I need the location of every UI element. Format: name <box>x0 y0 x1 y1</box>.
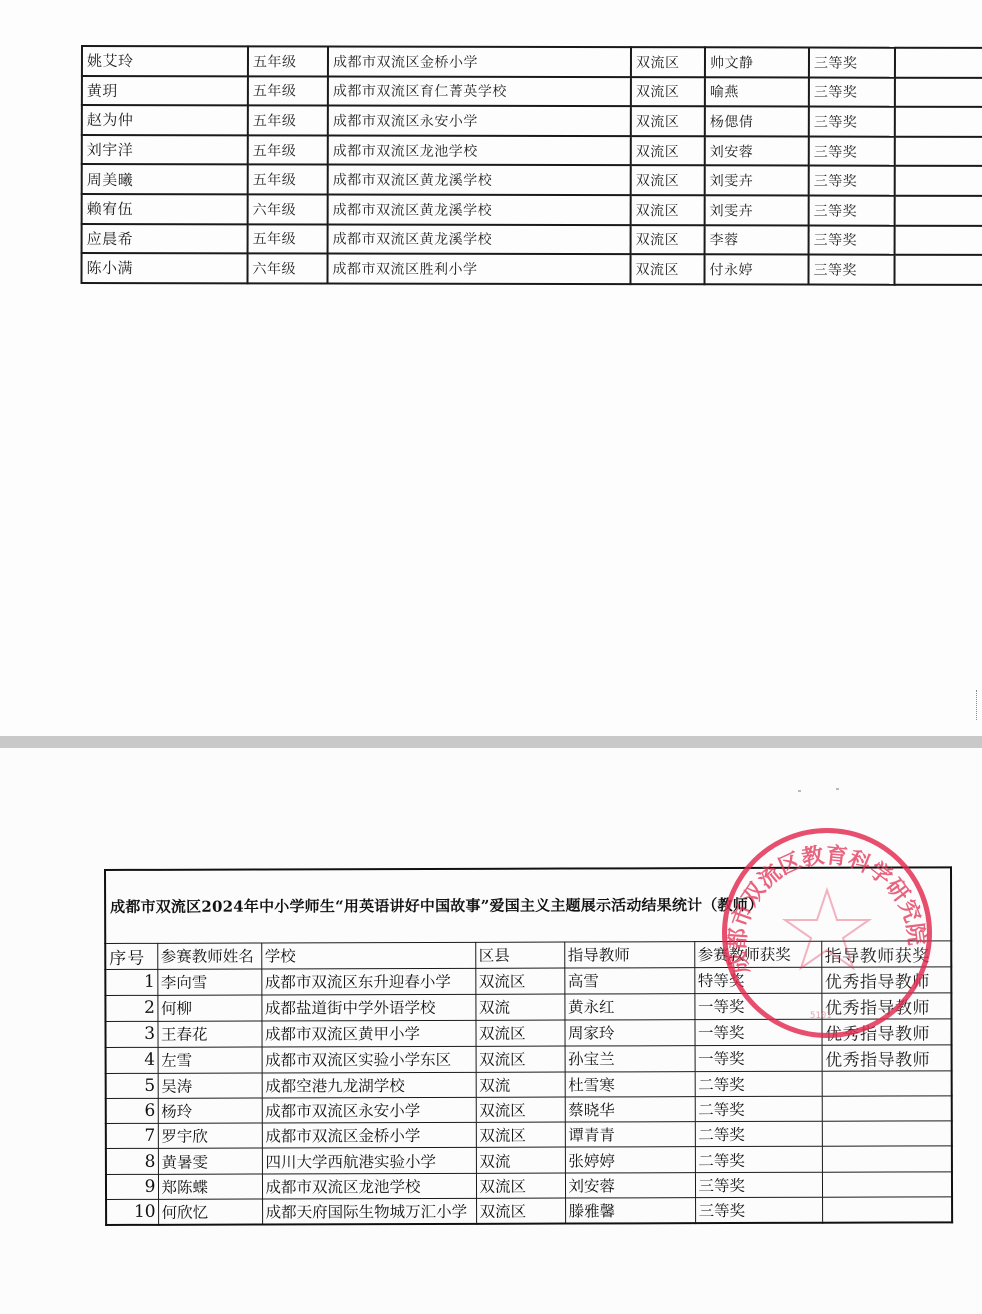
cell-district: 双流区 <box>631 254 705 284</box>
cell-school: 成都市双流区龙池学校 <box>328 135 631 165</box>
cell-district: 双流区 <box>475 968 564 994</box>
cell-guide-award <box>822 1172 952 1198</box>
cell-school: 成都市双流区金桥小学 <box>262 1122 476 1148</box>
cell-name: 姚艾玲 <box>82 46 248 76</box>
cell-teacher-award: 二等奖 <box>695 1096 822 1122</box>
cell-grade: 五年级 <box>248 76 328 106</box>
cell-extra <box>895 166 982 196</box>
cell-grade: 五年级 <box>248 135 328 165</box>
cell-teacher: 刘雯卉 <box>705 195 809 225</box>
cell-teacher-name: 王春花 <box>157 1021 261 1047</box>
scan-artifact <box>836 788 839 790</box>
cell-school: 成都市双流区胜利小学 <box>328 254 631 284</box>
cell-award: 三等奖 <box>809 166 895 196</box>
cell-guide-award <box>822 1197 952 1223</box>
cell-award: 三等奖 <box>809 255 895 285</box>
cell-district: 双流区 <box>475 1020 564 1046</box>
cell-school: 成都市双流区永安小学 <box>328 106 631 136</box>
cell-district: 双流区 <box>476 1046 565 1072</box>
cell-seq: 4 <box>106 1047 158 1073</box>
cell-extra <box>895 77 982 107</box>
cell-guide-teacher: 孙宝兰 <box>565 1045 695 1071</box>
cell-school: 四川大学西航港实验小学 <box>262 1148 476 1174</box>
cell-school: 成都天府国际生物城万汇小学 <box>262 1198 476 1224</box>
table-row: 刘宇洋五年级成都市双流区龙池学校双流区刘安蓉三等奖 <box>82 135 982 166</box>
table-title: 成都市双流区2024年中小学师生“用英语讲好中国故事”爱国主义主题展示活动结果统… <box>105 867 951 943</box>
student-results-table: 姚艾玲五年级成都市双流区金桥小学双流区帅文静三等奖黄玥五年级成都市双流区育仁菁英… <box>80 45 982 286</box>
teacher-results-table: 成都市双流区2024年中小学师生“用英语讲好中国故事”爱国主义主题展示活动结果统… <box>104 866 953 1225</box>
table-row: 1李向雪成都市双流区东升迎春小学双流区高雪特等奖优秀指导教师 <box>105 966 951 995</box>
cell-teacher: 李蓉 <box>705 225 809 255</box>
cell-extra <box>895 107 982 137</box>
cell-teacher-name: 杨玲 <box>158 1098 262 1124</box>
cell-school: 成都市双流区黄龙溪学校 <box>328 224 631 254</box>
cell-district: 双流 <box>476 1072 565 1098</box>
cell-guide-teacher: 杜雪寒 <box>565 1071 695 1097</box>
cell-award: 三等奖 <box>809 225 895 255</box>
cell-school: 成都市双流区永安小学 <box>262 1097 476 1123</box>
document-page-1: 姚艾玲五年级成都市双流区金桥小学双流区帅文静三等奖黄玥五年级成都市双流区育仁菁英… <box>0 0 982 736</box>
table-row: 6杨玲成都市双流区永安小学双流区蔡晓华二等奖 <box>106 1096 952 1124</box>
cell-district: 双流区 <box>631 195 705 225</box>
cell-seq: 2 <box>105 995 157 1021</box>
cell-guide-award <box>822 1096 952 1122</box>
table-row: 姚艾玲五年级成都市双流区金桥小学双流区帅文静三等奖 <box>82 46 982 77</box>
cell-guide-teacher: 滕雅馨 <box>565 1198 695 1224</box>
cell-teacher-name: 罗宇欣 <box>158 1123 262 1149</box>
cell-district: 双流区 <box>631 136 705 166</box>
header-school: 学校 <box>261 942 475 969</box>
cell-district: 双流区 <box>631 106 705 136</box>
cell-teacher-award: 特等奖 <box>694 967 821 993</box>
table-row: 10何欣忆成都天府国际生物城万汇小学双流区滕雅馨三等奖 <box>106 1197 952 1225</box>
table-row: 8黄暑雯四川大学西航港实验小学双流张婷婷二等奖 <box>106 1146 952 1174</box>
cell-grade: 五年级 <box>248 165 328 195</box>
cell-teacher: 杨偲倩 <box>705 106 809 136</box>
cell-teacher: 刘雯卉 <box>705 166 809 196</box>
cell-guide-teacher: 谭青青 <box>565 1122 695 1148</box>
cell-grade: 五年级 <box>248 224 328 254</box>
cell-school: 成都市双流区黄龙溪学校 <box>328 194 631 224</box>
cell-seq: 8 <box>106 1149 158 1174</box>
cell-name: 应晨希 <box>82 224 248 254</box>
cell-teacher-name: 黄暑雯 <box>158 1148 262 1174</box>
cell-teacher-name: 李向雪 <box>157 969 261 995</box>
cell-teacher: 喻燕 <box>705 77 809 107</box>
cell-seq: 6 <box>106 1098 158 1123</box>
cell-district: 双流区 <box>631 77 705 107</box>
cell-award: 三等奖 <box>809 48 895 78</box>
cell-district: 双流区 <box>476 1198 565 1224</box>
cell-district: 双流区 <box>631 225 705 255</box>
header-teacher-award: 参赛教师获奖 <box>694 941 821 967</box>
table-header-row: 序号 参赛教师姓名 学校 区县 指导教师 参赛教师获奖 指导教师获奖 <box>105 940 951 969</box>
cell-guide-award: 优秀指导教师 <box>821 992 951 1018</box>
cell-name: 黄玥 <box>82 76 248 106</box>
cell-district: 双流区 <box>476 1097 565 1123</box>
table-row: 7罗宇欣成都市双流区金桥小学双流区谭青青二等奖 <box>106 1121 952 1149</box>
scan-artifact <box>798 790 801 792</box>
cell-award: 三等奖 <box>809 77 895 107</box>
header-guide-award: 指导教师获奖 <box>821 940 951 966</box>
table-row: 赵为仲五年级成都市双流区永安小学双流区杨偲倩三等奖 <box>82 105 982 136</box>
table-row: 3王春花成都市双流区黄甲小学双流区周家玲一等奖优秀指导教师 <box>105 1018 951 1047</box>
cell-school: 成都市双流区金桥小学 <box>328 47 631 77</box>
cell-district: 双流 <box>475 994 564 1020</box>
cell-guide-award: 优秀指导教师 <box>822 1044 952 1070</box>
cell-school: 成都市双流区黄甲小学 <box>261 1020 475 1047</box>
table-row: 应晨希五年级成都市双流区黄龙溪学校双流区李蓉三等奖 <box>82 224 982 255</box>
cell-seq: 3 <box>105 1021 157 1047</box>
cell-name: 赖宥伍 <box>82 194 248 224</box>
cell-guide-award: 优秀指导教师 <box>821 1018 951 1044</box>
table-row: 9郑陈蝶成都市双流区龙池学校双流区刘安蓉三等奖 <box>106 1172 952 1200</box>
cell-district: 双流 <box>476 1147 565 1173</box>
cell-guide-teacher: 黄永红 <box>564 993 694 1019</box>
header-teacher-name: 参赛教师姓名 <box>157 943 261 969</box>
cell-guide-award <box>822 1146 952 1172</box>
table-row: 赖宥伍六年级成都市双流区黄龙溪学校双流区刘雯卉三等奖 <box>82 194 982 225</box>
cell-school: 成都市双流区龙池学校 <box>262 1173 476 1199</box>
cell-school: 成都市双流区实验小学东区 <box>262 1046 476 1073</box>
cell-teacher: 刘安蓉 <box>705 136 809 166</box>
cell-school: 成都盐道街中学外语学校 <box>261 994 475 1021</box>
cell-seq: 7 <box>106 1123 158 1148</box>
cell-teacher-name: 郑陈蝶 <box>158 1174 262 1200</box>
cell-school: 成都市双流区黄龙溪学校 <box>328 165 631 195</box>
cell-teacher-award: 三等奖 <box>695 1172 822 1198</box>
cell-seq: 9 <box>106 1174 158 1199</box>
cell-guide-teacher: 高雪 <box>564 967 694 993</box>
cell-seq: 1 <box>105 969 157 995</box>
cell-name: 刘宇洋 <box>82 135 248 165</box>
cell-name: 周美曦 <box>82 164 248 194</box>
cell-extra <box>895 255 982 285</box>
cell-school: 成都市双流区东升迎春小学 <box>261 968 475 995</box>
table-row: 5吴涛成都空港九龙湖学校双流杜雪寒二等奖 <box>106 1070 952 1098</box>
cell-grade: 五年级 <box>248 106 328 136</box>
cell-name: 赵为仲 <box>82 105 248 135</box>
cell-teacher-name: 左雪 <box>158 1047 262 1073</box>
cell-guide-award <box>822 1121 952 1147</box>
cell-teacher-award: 一等奖 <box>694 993 821 1019</box>
cell-school: 成都市双流区育仁菁英学校 <box>328 76 631 106</box>
cell-district: 双流区 <box>631 166 705 196</box>
scan-artifact <box>976 690 978 720</box>
page-separator <box>0 736 982 748</box>
teacher-results-table-wrapper: 成都市双流区2024年中小学师生“用英语讲好中国故事”爱国主义主题展示活动结果统… <box>104 866 951 1225</box>
cell-extra <box>895 225 982 255</box>
cell-guide-teacher: 张婷婷 <box>565 1147 695 1173</box>
cell-teacher-name: 何欣忆 <box>158 1199 262 1225</box>
cell-guide-teacher: 周家玲 <box>564 1019 694 1045</box>
cell-name: 陈小满 <box>82 253 248 283</box>
cell-teacher-award: 二等奖 <box>695 1147 822 1173</box>
header-seq: 序号 <box>105 943 157 969</box>
cell-teacher-award: 二等奖 <box>695 1071 822 1097</box>
cell-extra <box>895 196 982 226</box>
cell-teacher-award: 一等奖 <box>695 1045 822 1071</box>
cell-award: 三等奖 <box>809 195 895 225</box>
document-page-2: 成都市双流区2024年中小学师生“用英语讲好中国故事”爱国主义主题展示活动结果统… <box>0 748 982 1314</box>
cell-school: 成都空港九龙湖学校 <box>262 1072 476 1098</box>
cell-district: 双流区 <box>476 1173 565 1199</box>
cell-teacher: 付永婷 <box>705 254 809 284</box>
cell-guide-teacher: 刘安蓉 <box>565 1172 695 1198</box>
cell-grade: 六年级 <box>248 254 328 284</box>
table-row: 黄玥五年级成都市双流区育仁菁英学校双流区喻燕三等奖 <box>82 76 982 107</box>
cell-teacher-name: 吴涛 <box>158 1073 262 1099</box>
cell-guide-teacher: 蔡晓华 <box>565 1096 695 1122</box>
cell-teacher-name: 何柳 <box>157 995 261 1021</box>
header-guide-teacher: 指导教师 <box>564 941 694 967</box>
cell-grade: 五年级 <box>248 46 328 76</box>
cell-teacher-award: 三等奖 <box>695 1197 822 1223</box>
cell-grade: 六年级 <box>248 194 328 224</box>
cell-seq: 5 <box>106 1073 158 1098</box>
cell-award: 三等奖 <box>809 107 895 137</box>
table-row: 4左雪成都市双流区实验小学东区双流区孙宝兰一等奖优秀指导教师 <box>106 1044 952 1073</box>
cell-extra <box>895 48 982 78</box>
cell-district: 双流区 <box>476 1122 565 1148</box>
cell-award: 三等奖 <box>809 136 895 166</box>
table-row: 陈小满六年级成都市双流区胜利小学双流区付永婷三等奖 <box>82 253 982 284</box>
cell-teacher-award: 二等奖 <box>695 1121 822 1147</box>
cell-extra <box>895 136 982 166</box>
cell-teacher-award: 一等奖 <box>694 1019 821 1045</box>
cell-district: 双流区 <box>631 47 705 77</box>
cell-teacher: 帅文静 <box>705 47 809 77</box>
table-title-row: 成都市双流区2024年中小学师生“用英语讲好中国故事”爱国主义主题展示活动结果统… <box>105 867 951 943</box>
cell-seq: 10 <box>106 1199 158 1224</box>
cell-guide-award <box>822 1070 952 1096</box>
cell-guide-award: 优秀指导教师 <box>821 966 951 992</box>
table-row: 2何柳成都盐道街中学外语学校双流黄永红一等奖优秀指导教师 <box>105 992 951 1021</box>
table-row: 周美曦五年级成都市双流区黄龙溪学校双流区刘雯卉三等奖 <box>82 164 982 195</box>
header-district: 区县 <box>475 942 564 968</box>
